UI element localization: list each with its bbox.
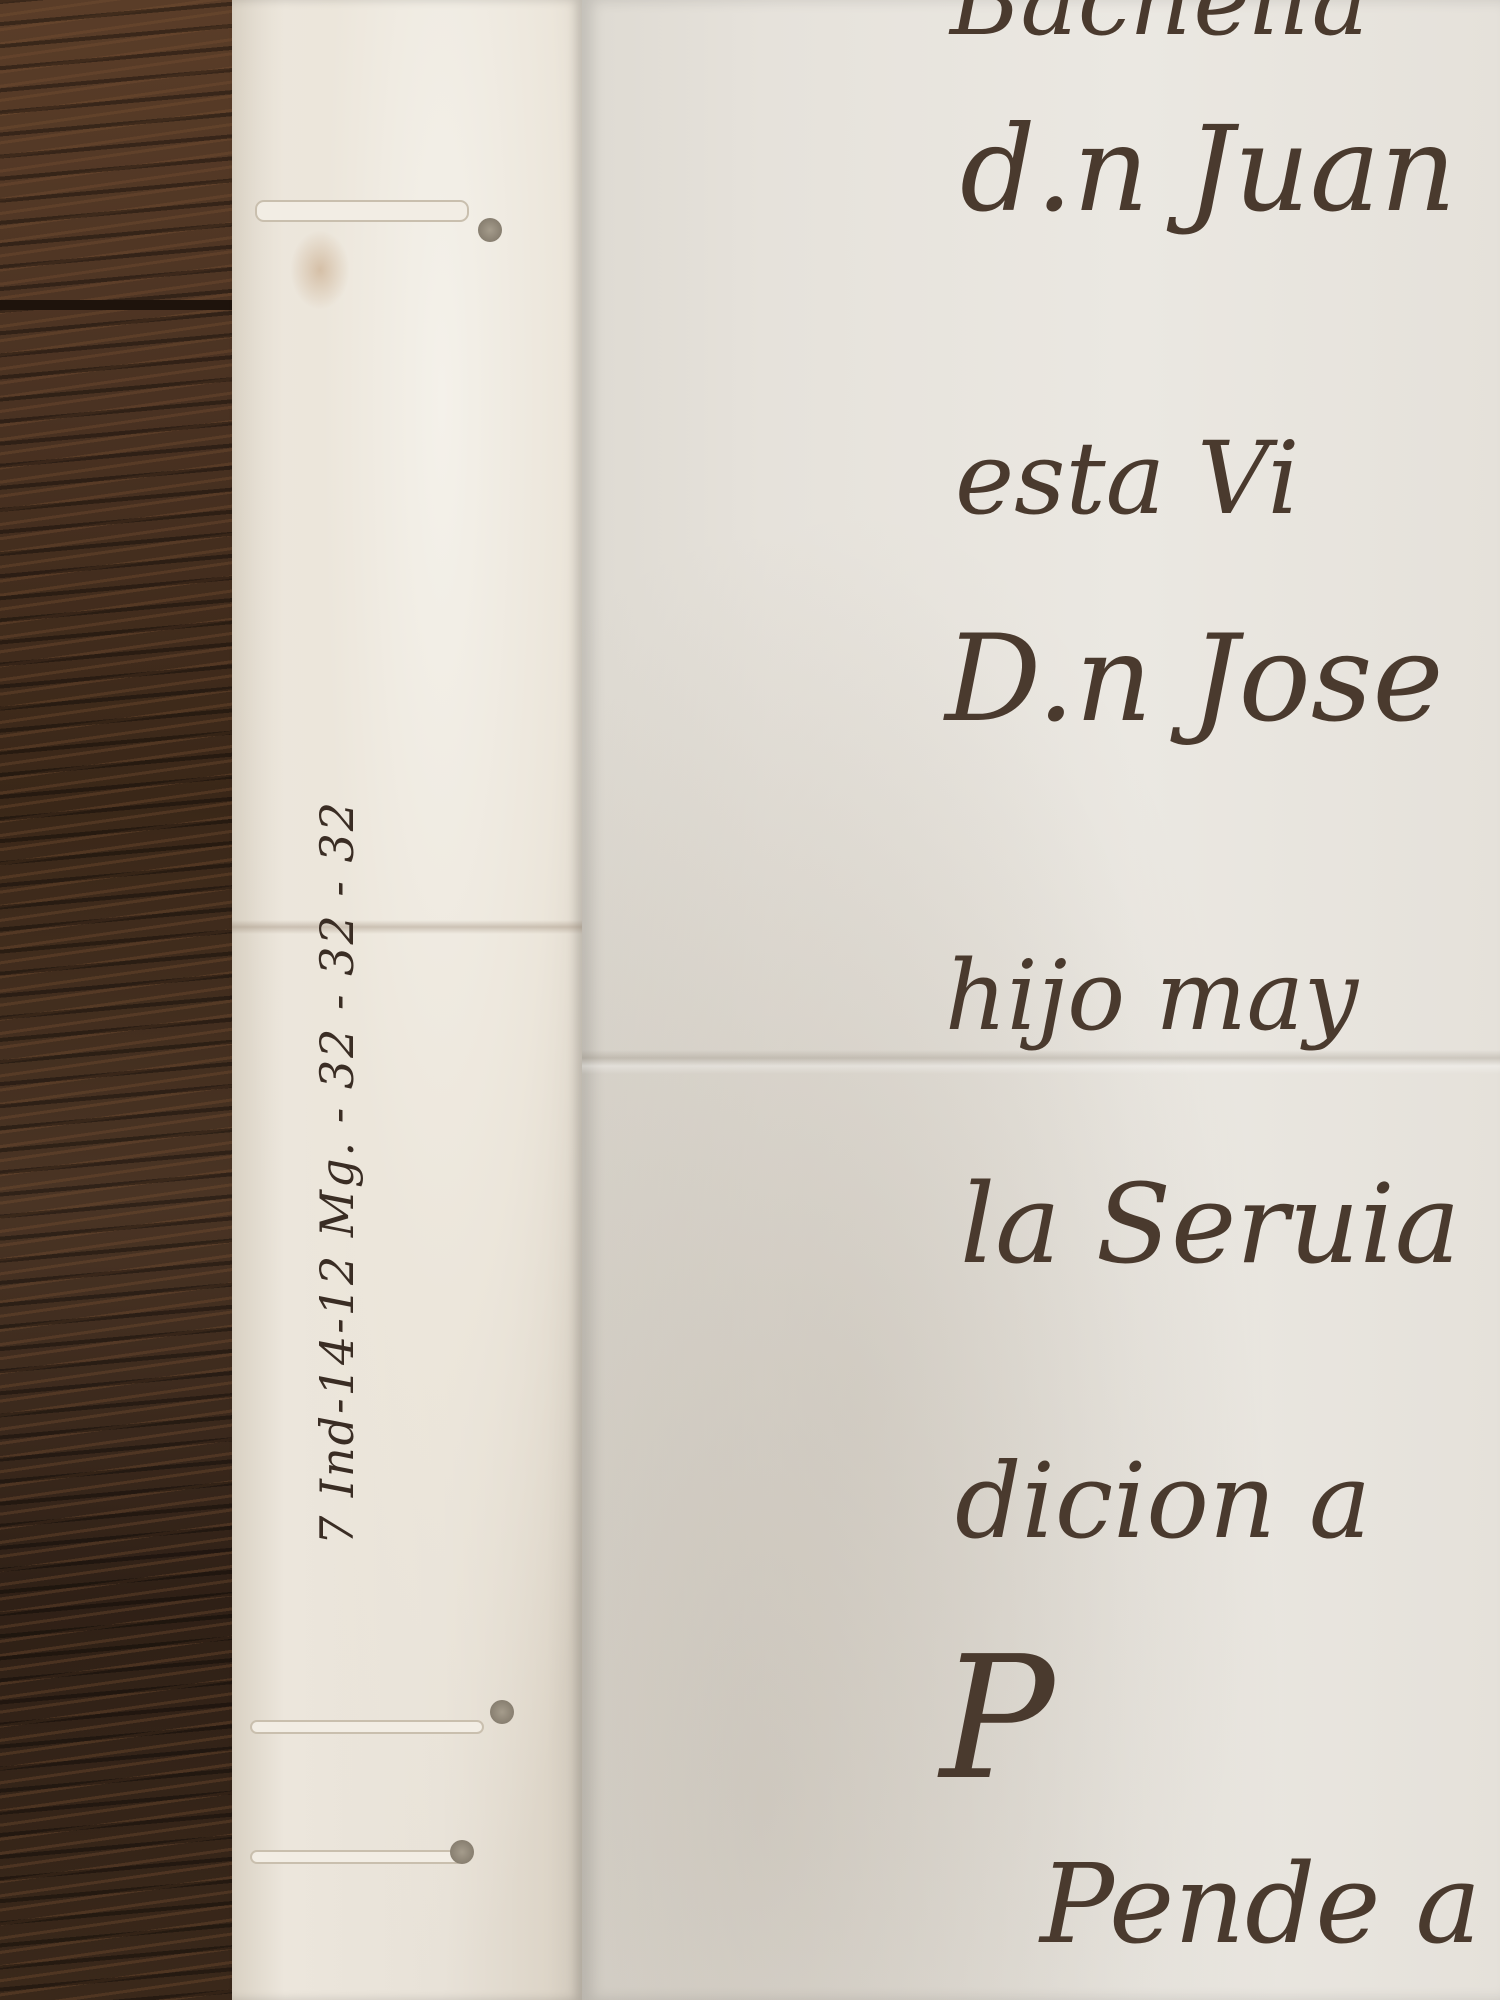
manuscript-line: D.n Jose [945,610,1443,749]
spine-fold [232,920,582,934]
binding-stitch [250,1850,464,1864]
stitch-knot [478,218,502,242]
stitch-knot [450,1840,474,1864]
manuscript-line: hijo may [945,940,1358,1052]
manuscript-initial: P [940,1620,1054,1818]
manuscript-line: Bachella [950,0,1369,57]
spine-stain [290,230,350,310]
stitch-knot [490,1700,514,1724]
binding-stitch [255,200,469,222]
manuscript-line: Pende a [1040,1840,1481,1968]
page-crease [582,1050,1500,1074]
vellum-spine [232,0,582,2000]
binding-stitch [250,1720,484,1734]
spine-catalog-label: 7 Ind-14-12 Mg. - 32 - 32 - 32 [310,800,364,1545]
table-seam [0,300,250,310]
manuscript-line: la Seruia [960,1160,1460,1288]
manuscript-line: esta Vi [955,420,1300,537]
manuscript-line: dicion a [955,1440,1371,1562]
manuscript-line: d.n Juan [960,100,1456,238]
